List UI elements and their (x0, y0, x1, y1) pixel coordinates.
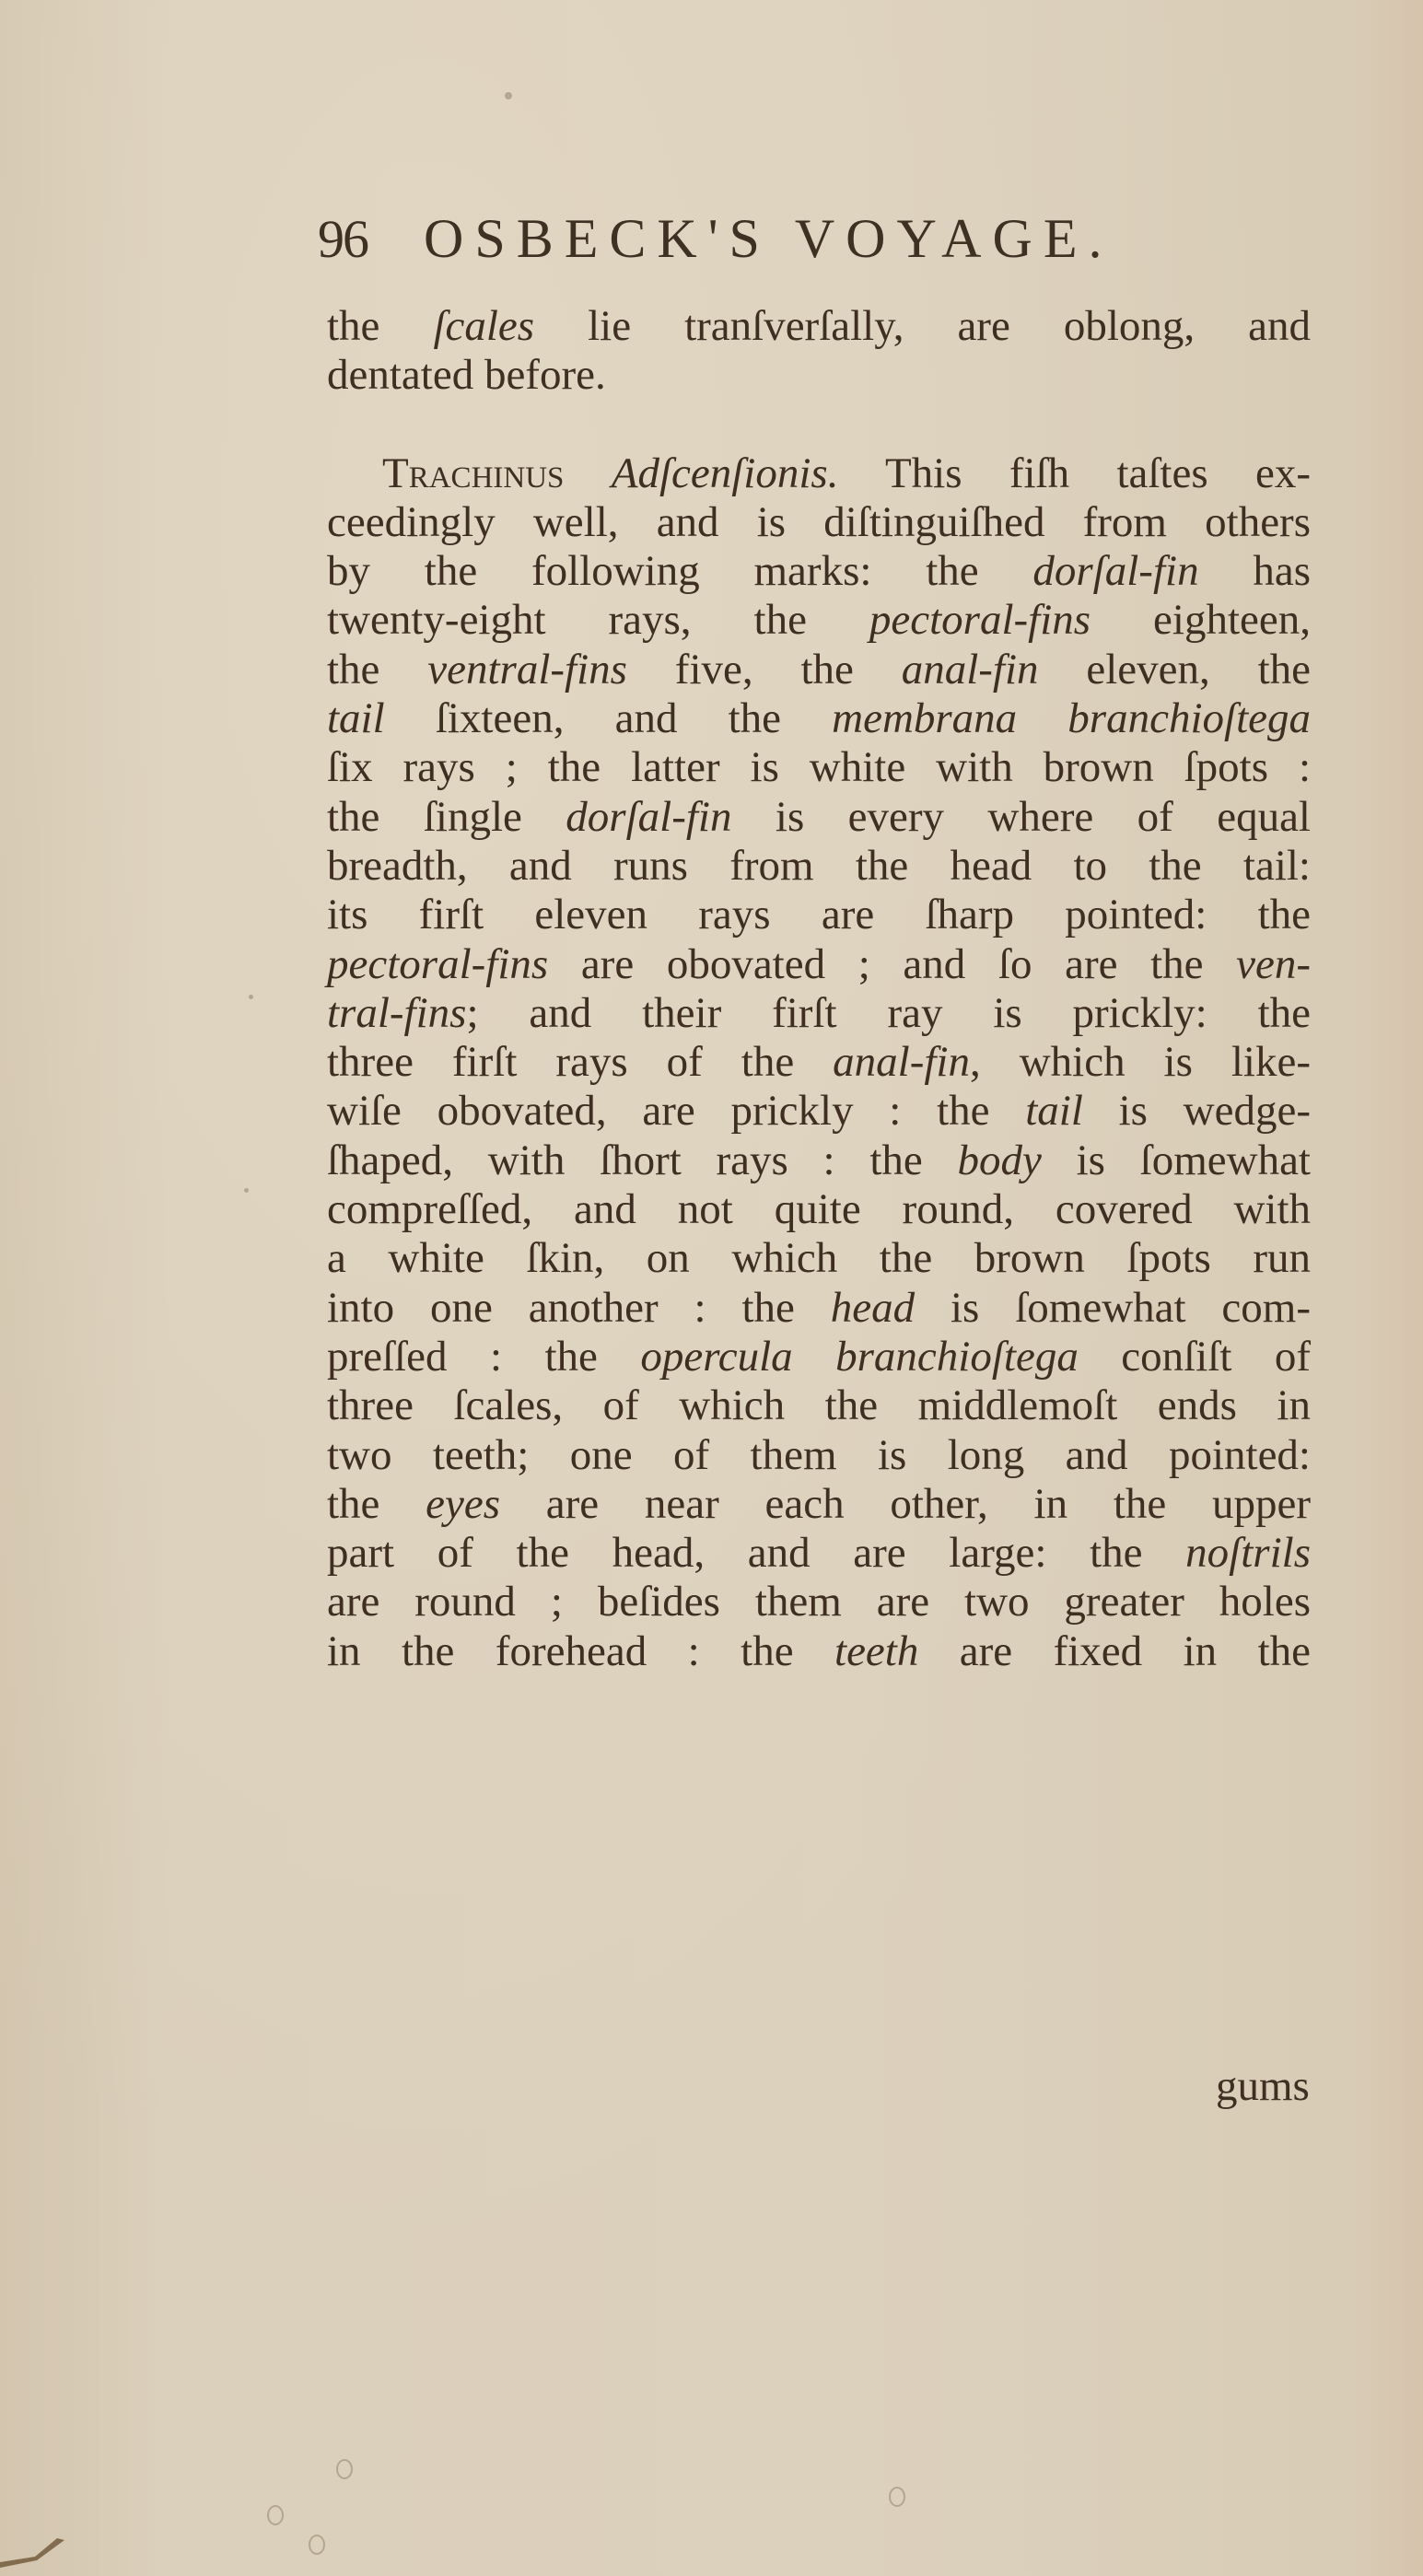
text-line: the ſingle dorſal-fin is every where of … (327, 793, 1311, 842)
text-line: breadth, and runs from the head to the t… (327, 842, 1311, 891)
text-line: Trachinus Adſcenſionis. This fiſh taſtes… (327, 449, 1311, 498)
text-line: twenty-eight rays, the pectoral-fins eig… (327, 596, 1311, 645)
text-line: the eyes are near each other, in the upp… (327, 1480, 1311, 1529)
text-line: its firſt eleven rays are ſharp pointed:… (327, 891, 1311, 939)
catchword: gums (1216, 2061, 1310, 2111)
running-title: OSBECK'S VOYAGE. (424, 207, 1113, 271)
paper-blemish (336, 2459, 353, 2479)
book-page: 96 OSBECK'S VOYAGE. the ſcales lie tranſ… (0, 0, 1423, 2576)
body-text: the ſcales lie tranſverſally, are oblong… (327, 302, 1311, 1676)
text-line: dentated before. (327, 351, 1311, 400)
paper-blemish (889, 2487, 905, 2507)
text-line: tail ſixteen, and the membrana branchioſ… (327, 694, 1311, 743)
text-line: into one another : the head is ſomewhat … (327, 1284, 1311, 1333)
text-line: in the forehead : the teeth are fixed in… (327, 1627, 1311, 1676)
corner-ink-mark (0, 2533, 64, 2570)
paper-blemish (267, 2505, 284, 2525)
text-line: the ſcales lie tranſverſally, are oblong… (327, 302, 1311, 351)
text-line: a white ſkin, on which the brown ſpots r… (327, 1234, 1311, 1283)
text-line: part of the head, and are large: the noſ… (327, 1529, 1311, 1578)
species-name: Adſcenſionis. (612, 449, 839, 497)
paragraph-trachinus: Trachinus Adſcenſionis. This fiſh taſtes… (327, 449, 1311, 1676)
paper-blemish (309, 2535, 325, 2555)
text-line: by the following marks: the dorſal-fin h… (327, 547, 1311, 596)
text-line: three firſt rays of the anal-fin, which … (327, 1038, 1311, 1087)
text-line: tral-fins; and their firſt ray is prickl… (327, 989, 1311, 1038)
text-line: three ſcales, of which the middlemoſt en… (327, 1381, 1311, 1430)
text-line: wiſe obovated, are prickly : the tail is… (327, 1087, 1311, 1136)
text-line: the ventral-fins five, the anal-fin elev… (327, 646, 1311, 694)
text-line: pectoral-fins are obovated ; and ſo are … (327, 940, 1311, 989)
text-line: ſix rays ; the latter is white with brow… (327, 743, 1311, 792)
text-line: preſſed : the opercula branchioſtega con… (327, 1333, 1311, 1381)
text-line: are round ; beſides them are two greater… (327, 1578, 1311, 1626)
text-line: ſhaped, with ſhort rays : the body is ſo… (327, 1136, 1311, 1185)
paper-speck (249, 995, 253, 999)
text-line: compreſſed, and not quite round, covered… (327, 1185, 1311, 1234)
page-header: 96 OSBECK'S VOYAGE. (318, 207, 1331, 290)
text-line: ceedingly well, and is diſtinguiſhed fro… (327, 498, 1311, 547)
paper-speck (244, 1188, 249, 1193)
text-line: two teeth; one of them is long and point… (327, 1431, 1311, 1480)
genus-name: Trachinus (382, 449, 612, 497)
paper-speck (505, 92, 512, 99)
page-number: 96 (318, 208, 424, 270)
